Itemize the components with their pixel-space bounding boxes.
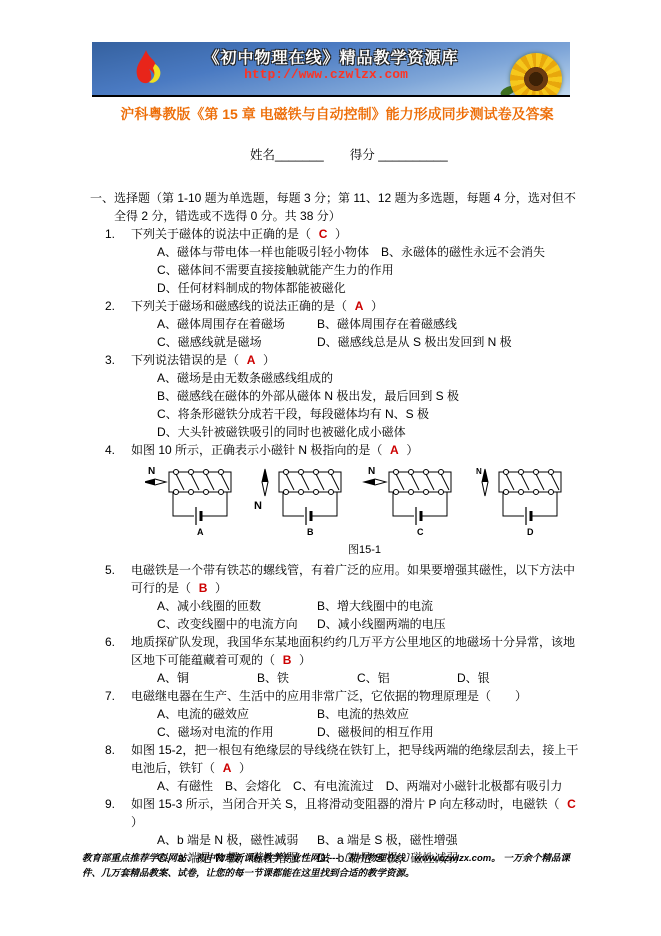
paren-close: ） (515, 689, 527, 703)
svg-text:N: N (476, 467, 482, 476)
option-line: A、磁体与带电体一样也能吸引轻小物体B、永磁体的磁性永远不会消失 (157, 243, 584, 261)
question-number: 7. (105, 687, 131, 741)
option: D、大头针被磁铁吸引的同时也被磁化成小磁体 (157, 423, 406, 441)
section-heading: 一、选择题（第 1-10 题为单选题，每题 3 分；第 11、12 题为多选题，… (90, 189, 584, 225)
paren-open: （ (299, 227, 311, 241)
option: A、铜 (157, 669, 245, 687)
stem-text: 地质探矿队发现，我国华东某地面积约约几万平方公里地区的地磁场十分异常，该地区地下… (131, 635, 575, 667)
paren-close: ） (263, 353, 275, 367)
answer-letter: A (347, 297, 371, 315)
option: A、磁场是由无数条磁感线组成的 (157, 369, 333, 387)
option: D、减小线圈两端的电压 (317, 615, 446, 633)
paren-open: （ (547, 797, 559, 811)
option-line: C、磁体间不需要直接接触就能产生力的作用D、任何材料制成的物体都能被磁化 (157, 261, 584, 297)
options: A、磁场是由无数条磁感线组成的B、磁感线在磁体的外部从磁体 N 极出发，最后回到… (157, 369, 584, 441)
option-line: C、改变线圈中的电流方向D、减小线圈两端的电压 (157, 615, 584, 633)
options: A、铜B、铁C、铝D、银 (157, 669, 584, 687)
option: B、a 端是 S 极，磁性增强 (317, 831, 458, 849)
question-body: 下列说法错误的是（A）A、磁场是由无数条磁感线组成的B、磁感线在磁体的外部从磁体… (131, 351, 584, 441)
question-stem: 下列关于磁体的说法中正确的是（C） (131, 225, 584, 243)
score-label: 得分 (350, 148, 375, 162)
option: C、磁感线就是磁场 (157, 333, 305, 351)
solenoid-diagram-c: NC (364, 466, 451, 537)
question-number: 2. (105, 297, 131, 351)
paren-close: ） (371, 299, 383, 313)
option-line: B、磁感线在磁体的外部从磁体 N 极出发，最后回到 S 极 (157, 387, 584, 405)
question-5: 5.电磁铁是一个带有铁芯的螺线管，有着广泛的应用。如果要增强其磁性，以下方法中可… (90, 561, 584, 633)
sunflower-icon (510, 53, 562, 97)
svg-text:N: N (368, 466, 375, 477)
question-body: 下列关于磁体的说法中正确的是（C）A、磁体与带电体一样也能吸引轻小物体B、永磁体… (131, 225, 584, 297)
option: A、b 端是 N 极，磁性减弱 (157, 831, 305, 849)
option: C、铝 (357, 669, 445, 687)
options: A、磁体周围存在着磁场B、磁体周围存在着磁感线C、磁感线就是磁场D、磁感线总是从… (157, 315, 584, 351)
solenoid-diagram-b: NB (254, 469, 341, 537)
options: A、磁体与带电体一样也能吸引轻小物体B、永磁体的磁性永远不会消失C、磁体间不需要… (157, 243, 584, 297)
option-line: A、铜B、铁C、铝D、银 (157, 669, 584, 687)
question-stem: 下列说法错误的是（A） (131, 351, 584, 369)
option-line: D、大头针被磁铁吸引的同时也被磁化成小磁体 (157, 423, 584, 441)
question-number: 6. (105, 633, 131, 687)
solenoid-diagram-a: NA (145, 466, 231, 537)
diagram-letter: A (197, 527, 204, 537)
name-blank: _______ (275, 148, 324, 162)
stem-text: 下列关于磁场和磁感线的说法正确的是 (131, 299, 335, 313)
question-stem: 如图 10 所示，正确表示小磁针 N 极指向的是（A） (131, 441, 584, 459)
paren-close: ） (239, 761, 251, 775)
stem-text: 如图 10 所示，正确表示小磁针 N 极指向的是 (131, 443, 370, 457)
option: A、磁体周围存在着磁场 (157, 315, 305, 333)
option: C、磁场对电流的作用 (157, 723, 305, 741)
question-stem: 电磁铁是一个带有铁芯的螺线管，有着广泛的应用。如果要增强其磁性，以下方法中可行的… (131, 561, 584, 597)
options: A、电流的磁效应B、电流的热效应C、磁场对电流的作用D、磁极间的相互作用 (157, 705, 584, 741)
option-line: A、磁场是由无数条磁感线组成的 (157, 369, 584, 387)
question-stem: 电磁继电器在生产、生活中的应用非常广泛，它依据的物理原理是（） (131, 687, 584, 705)
option-line: A、b 端是 N 极，磁性减弱B、a 端是 S 极，磁性增强 (157, 831, 584, 849)
question-6: 6.地质探矿队发现，我国华东某地面积约约几万平方公里地区的地磁场十分异常，该地区… (90, 633, 584, 687)
page-title: 沪科粤教版《第 15 章 电磁铁与自动控制》能力形成同步测试卷及答案 (90, 104, 584, 124)
question-number: 5. (105, 561, 131, 633)
score-blank: __________ (378, 148, 448, 162)
question-body: 地质探矿队发现，我国华东某地面积约约几万平方公里地区的地磁场十分异常，该地区地下… (131, 633, 584, 687)
option: C、改变线圈中的电流方向 (157, 615, 305, 633)
question-body: 如图 15-2，把一根包有绝缘层的导线绕在铁钉上，把导线两端的绝缘层刮去，接上干… (131, 741, 584, 795)
option: D、银 (457, 669, 490, 687)
document-content: 《初中物理在线》精品教学资源库 http://www.czwlzx.com 沪科… (0, 0, 661, 867)
option-line: C、将条形磁铁分成若干段，每段磁体均有 N、S 极 (157, 405, 584, 423)
option: B、磁感线在磁体的外部从磁体 N 极出发，最后回到 S 极 (157, 387, 459, 405)
option: A、磁体与带电体一样也能吸引轻小物体 (157, 243, 369, 261)
question-stem: 下列关于磁场和磁感线的说法正确的是（A） (131, 297, 584, 315)
stem-text: 如图 15-2，把一根包有绝缘层的导线绕在铁钉上，把导线两端的绝缘层刮去，接上干… (131, 743, 578, 775)
answer-letter: A (239, 351, 263, 369)
option: B、电流的热效应 (317, 705, 409, 723)
option: B、永磁体的磁性永远不会消失 (381, 243, 545, 261)
paren-open: （ (370, 443, 382, 457)
answer-letter: C (311, 225, 335, 243)
question-7: 7.电磁继电器在生产、生活中的应用非常广泛，它依据的物理原理是（）A、电流的磁效… (90, 687, 584, 741)
option: B、增大线圈中的电流 (317, 597, 433, 615)
diagram-letter: B (307, 527, 314, 537)
option-line: A、电流的磁效应B、电流的热效应 (157, 705, 584, 723)
question-stem: 如图 15-3 所示，当闭合开关 S，且将滑动变阻器的滑片 P 向左移动时，电磁… (131, 795, 584, 831)
option: B、磁体周围存在着磁感线 (317, 315, 457, 333)
option-line: A、减小线圈的匝数B、增大线圈中的电流 (157, 597, 584, 615)
paren-close: ） (215, 581, 227, 595)
banner-site-url: http://www.czwlzx.com (92, 67, 560, 82)
paren-open: （ (335, 299, 347, 313)
question-8: 8.如图 15-2，把一根包有绝缘层的导线绕在铁钉上，把导线两端的绝缘层刮去，接… (90, 741, 584, 795)
paren-close: ） (335, 227, 347, 241)
option: B、铁 (257, 669, 345, 687)
question-stem: 如图 15-2，把一根包有绝缘层的导线绕在铁钉上，把导线两端的绝缘层刮去，接上干… (131, 741, 584, 777)
option: D、磁感线总是从 S 极出发回到 N 极 (317, 333, 512, 351)
question-body: 下列关于磁场和磁感线的说法正确的是（A）A、磁体周围存在着磁场B、磁体周围存在着… (131, 297, 584, 351)
answer-letter: C (560, 795, 584, 813)
question-3: 3.下列说法错误的是（A）A、磁场是由无数条磁感线组成的B、磁感线在磁体的外部从… (90, 351, 584, 441)
question-1: 1.下列关于磁体的说法中正确的是（C）A、磁体与带电体一样也能吸引轻小物体B、永… (90, 225, 584, 297)
name-label: 姓名 (250, 148, 275, 162)
document-page: 《初中物理在线》精品教学资源库 http://www.czwlzx.com 沪科… (0, 0, 661, 936)
svg-text:N: N (148, 466, 155, 477)
answer-letter: B (275, 651, 299, 669)
solenoid-diagram-d: ND (476, 467, 561, 537)
question-number: 8. (105, 741, 131, 795)
answer-letter: B (191, 579, 215, 597)
questions-list: 1.下列关于磁体的说法中正确的是（C）A、磁体与带电体一样也能吸引轻小物体B、永… (90, 225, 584, 867)
option: D、两端对小磁针北极都有吸引力 (386, 777, 563, 795)
options: A、减小线圈的匝数B、增大线圈中的电流C、改变线圈中的电流方向D、减小线圈两端的… (157, 597, 584, 633)
question-4: 4.如图 10 所示，正确表示小磁针 N 极指向的是（A）NANBNCND图15… (90, 441, 584, 561)
option-line: A、磁体周围存在着磁场B、磁体周围存在着磁感线 (157, 315, 584, 333)
option-line: A、有磁性B、会熔化C、有电流流过D、两端对小磁针北极都有吸引力 (157, 777, 584, 795)
name-score-line: 姓名_______得分 __________ (250, 145, 584, 163)
paren-open: （ (263, 653, 275, 667)
question-stem: 地质探矿队发现，我国华东某地面积约约几万平方公里地区的地磁场十分异常，该地区地下… (131, 633, 584, 669)
option: A、有磁性 (157, 777, 213, 795)
footer-note: 教育部重点推荐学科网站、初中物理新课标教学专业性网站---〔初中物理在线〕www… (82, 851, 582, 881)
answer-letter: A (215, 759, 239, 777)
option: A、减小线圈的匝数 (157, 597, 305, 615)
option-line: C、磁场对电流的作用D、磁极间的相互作用 (157, 723, 584, 741)
question-number: 1. (105, 225, 131, 297)
stem-text: 如图 15-3 所示，当闭合开关 S，且将滑动变阻器的滑片 P 向左移动时，电磁… (131, 797, 547, 811)
option: D、磁极间的相互作用 (317, 723, 434, 741)
option: C、有电流流过 (293, 777, 374, 795)
diagram-letter: C (417, 527, 424, 537)
paren-open: （ (479, 689, 491, 703)
paren-open: （ (227, 353, 239, 367)
options: A、有磁性B、会熔化C、有电流流过D、两端对小磁针北极都有吸引力 (157, 777, 584, 795)
diagram-letter: D (527, 527, 534, 537)
option-line: C、磁感线就是磁场D、磁感线总是从 S 极出发回到 N 极 (157, 333, 584, 351)
option: A、电流的磁效应 (157, 705, 305, 723)
question-body: 电磁铁是一个带有铁芯的螺线管，有着广泛的应用。如果要增强其磁性，以下方法中可行的… (131, 561, 584, 633)
question-number: 3. (105, 351, 131, 441)
question-body: 电磁继电器在生产、生活中的应用非常广泛，它依据的物理原理是（）A、电流的磁效应B… (131, 687, 584, 741)
question-body: 如图 10 所示，正确表示小磁针 N 极指向的是（A）NANBNCND图15-1 (131, 441, 584, 561)
banner-site-title: 《初中物理在线》精品教学资源库 (122, 45, 540, 68)
stem-text: 电磁继电器在生产、生活中的应用非常广泛，它依据的物理原理是 (131, 689, 479, 703)
paren-close: ） (131, 815, 143, 829)
paren-close: ） (299, 653, 311, 667)
figure-15-1: NANBNCND图15-1 (145, 464, 584, 559)
stem-text: 下列说法错误的是 (131, 353, 227, 367)
site-banner: 《初中物理在线》精品教学资源库 http://www.czwlzx.com (92, 42, 570, 97)
paren-open: （ (179, 581, 191, 595)
question-2: 2.下列关于磁场和磁感线的说法正确的是（A）A、磁体周围存在着磁场B、磁体周围存… (90, 297, 584, 351)
solenoid-figure: NANBNCND (145, 464, 585, 538)
option: C、磁体间不需要直接接触就能产生力的作用 (157, 261, 394, 279)
option: C、将条形磁铁分成若干段，每段磁体均有 N、S 极 (157, 405, 429, 423)
paren-open: （ (203, 761, 215, 775)
stem-text: 下列关于磁体的说法中正确的是 (131, 227, 299, 241)
paren-close: ） (406, 443, 418, 457)
figure-caption: 图15-1 (145, 541, 584, 559)
option: D、任何材料制成的物体都能被磁化 (157, 279, 346, 297)
question-number: 4. (105, 441, 131, 561)
option: B、会熔化 (225, 777, 281, 795)
answer-letter: A (382, 441, 406, 459)
svg-text:N: N (254, 500, 262, 512)
